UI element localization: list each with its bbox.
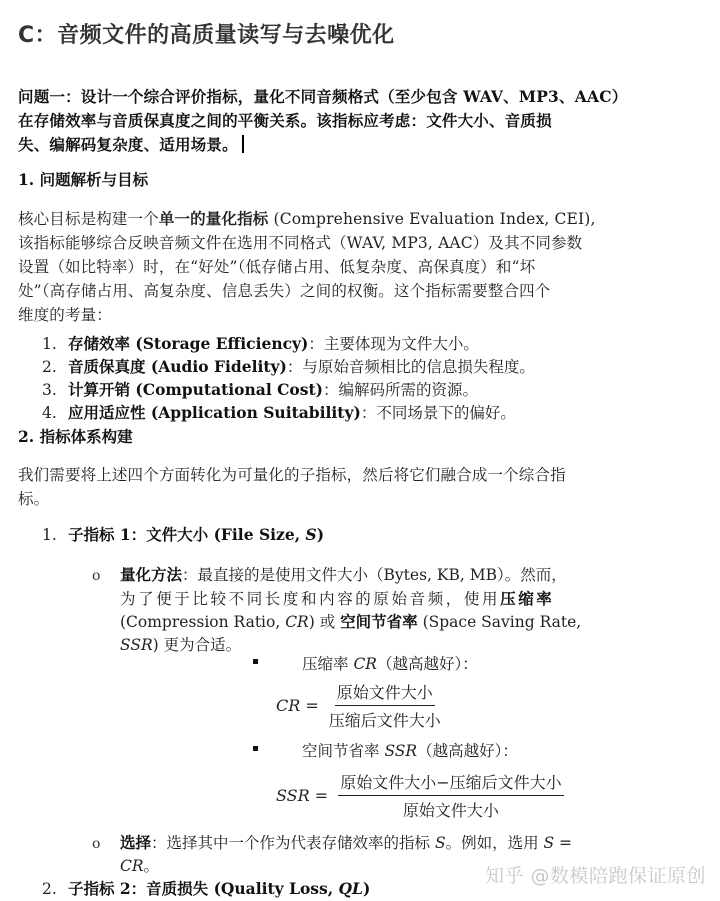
list-item-term: 计算开销 (Computational Cost): [68, 380, 323, 399]
sub-indicator-label: 子指标 2：音质损失 (Quality Loss,: [68, 879, 339, 898]
section-2-heading: 2. 指标体系构建: [18, 425, 133, 447]
method-label: 量化方法: [120, 565, 182, 584]
square-bullet-icon: [253, 659, 258, 664]
cr-label: 压缩率 CR（越高越好）：: [302, 652, 478, 674]
hollow-bullet-icon: o: [92, 836, 120, 852]
math-symbol: SSR: [120, 636, 153, 654]
page-title: C：音频文件的高质量读写与去噪优化: [18, 18, 395, 49]
para-text: (Comprehensive Evaluation Index, CEI),: [268, 210, 595, 228]
list-number: 2.: [42, 358, 68, 376]
list-number: 2.: [42, 880, 68, 898]
method-line-4: SSR) 更为合适。: [120, 633, 241, 655]
formula-denominator: 原始文件大小: [403, 796, 499, 821]
list-number: 1.: [42, 526, 68, 544]
list-number: 4.: [42, 404, 68, 422]
math-symbol: CR: [353, 655, 377, 673]
list-item-term: 存储效率 (Storage Efficiency): [68, 334, 308, 353]
question-line-1: 问题一：设计一个综合评价指标，量化不同音频格式（至少包含 WAV、MP3、AAC…: [18, 85, 627, 107]
hollow-bullet-icon: o: [92, 568, 120, 584]
method-line-2: 为了便于比较不同长度和内容的原始音频，使用压缩率: [120, 587, 554, 609]
list-item-text: ：不同场景下的偏好。: [361, 404, 516, 422]
formula-lhs: CR =: [276, 696, 319, 715]
choice-text: ：选择其中一个作为代表存储效率的指标: [151, 834, 435, 852]
choice-line-1: o选择：选择其中一个作为代表存储效率的指标 S。例如，选用 S =: [92, 831, 572, 853]
method-text: ：最直接的是使用文件大小（Bytes, KB, MB）。然而，: [182, 566, 567, 584]
math-symbol: CR: [285, 613, 309, 631]
sub-indicator-close: ): [363, 879, 370, 898]
formula-numerator: 原始文件大小−压缩后文件大小: [338, 770, 563, 796]
list-number: 3.: [42, 381, 68, 399]
section-1-para-line-2: 该指标能够综合反映音频文件在选用不同格式（WAV, MP3, AAC）及其不同参…: [18, 231, 582, 253]
choice-text: 。: [144, 857, 160, 875]
math-symbol: SSR: [384, 742, 417, 760]
formula-denominator: 压缩后文件大小: [329, 706, 441, 731]
list-item-term: 音质保真度 (Audio Fidelity): [68, 357, 287, 376]
list-item-text: ：编解码所需的资源。: [323, 381, 478, 399]
method-text: (Space Saving Rate,: [418, 613, 582, 631]
choice-label: 选择: [120, 833, 151, 852]
method-bold-term: 空间节省率: [340, 612, 418, 631]
formula-label: 空间节省率: [302, 742, 384, 760]
math-symbol: CR: [120, 857, 144, 875]
section-1-para-line-4: 处”（高存储占用、高复杂度、信息丢失）之间的权衡。这个指标需要整合四个: [18, 279, 550, 301]
math-symbol: QL: [339, 879, 363, 898]
sub-indicator-1-heading: 1.子指标 1：文件大小 (File Size, S): [42, 523, 324, 545]
method-bold-term: 压缩率: [500, 589, 554, 608]
question-line-2: 在存储效率与音质保真度之间的平衡关系。该指标应考虑：文件大小、音质损: [18, 109, 552, 131]
question-line-3: 失、编解码复杂度、适用场景。: [18, 133, 244, 155]
section-1-para-line-3: 设置（如比特率）时，在“好处”（低存储占用、低复杂度、高保真度）和“坏: [18, 255, 535, 277]
formula-label: （越高越好）：: [377, 655, 478, 673]
list-item: 4.应用适应性 (Application Suitability)：不同场景下的…: [42, 401, 516, 423]
formula-numerator: 原始文件大小: [335, 680, 435, 706]
list-item-text: ：主要体现为文件大小。: [308, 335, 479, 353]
ssr-formula: SSR = 原始文件大小−压缩后文件大小 原始文件大小: [276, 770, 564, 821]
list-item: 1.存储效率 (Storage Efficiency)：主要体现为文件大小。: [42, 332, 479, 354]
method-line-1: o量化方法：最直接的是使用文件大小（Bytes, KB, MB）。然而，: [92, 563, 567, 585]
list-item: 3.计算开销 (Computational Cost)：编解码所需的资源。: [42, 378, 478, 400]
method-text: ) 更为合适。: [153, 636, 241, 654]
cr-formula: CR = 原始文件大小 压缩后文件大小: [276, 680, 441, 731]
list-item-text: ：与原始音频相比的信息损失程度。: [287, 358, 535, 376]
method-text: (Compression Ratio,: [120, 613, 285, 631]
sub-indicator-label: 子指标 1：文件大小 (File Size,: [68, 525, 306, 544]
math-symbol: S: [306, 525, 317, 544]
sub-indicator-2-heading: 2.子指标 2：音质损失 (Quality Loss, QL): [42, 877, 370, 899]
section-1-para-line-5: 维度的考量：: [18, 303, 112, 325]
list-item-term: 应用适应性 (Application Suitability): [68, 403, 361, 422]
question-line-3-text: 失、编解码复杂度、适用场景。: [18, 135, 238, 154]
formula-label: 压缩率: [302, 655, 353, 673]
list-number: 1.: [42, 335, 68, 353]
section-2-para-line-1: 我们需要将上述四个方面转化为可量化的子指标，然后将它们融合成一个综合指: [18, 463, 566, 485]
formula-label: （越高越好）：: [417, 742, 518, 760]
text-cursor: [242, 135, 244, 153]
method-text: ) 或: [309, 613, 340, 631]
choice-text: 。例如，选用: [446, 834, 544, 852]
section-1-para-line-1: 核心目标是构建一个单一的量化指标 (Comprehensive Evaluati…: [18, 207, 596, 229]
choice-line-2: CR。: [120, 854, 159, 876]
section-2-para-line-2: 标。: [18, 487, 49, 509]
math-symbol: S =: [544, 834, 573, 852]
ssr-label: 空间节省率 SSR（越高越好）：: [302, 739, 518, 761]
formula-lhs: SSR =: [276, 786, 328, 805]
sub-indicator-close: ): [317, 525, 324, 544]
para-bold-term: 单一的量化指标: [159, 209, 269, 228]
para-text: 核心目标是构建一个: [18, 210, 159, 228]
list-item: 2.音质保真度 (Audio Fidelity)：与原始音频相比的信息损失程度。: [42, 355, 535, 377]
section-1-heading: 1. 问题解析与目标: [18, 168, 148, 190]
method-line-3: (Compression Ratio, CR) 或 空间节省率 (Space S…: [120, 610, 581, 632]
watermark: 知乎 @数模陪跑保证原创: [485, 861, 706, 888]
math-symbol: S: [435, 834, 446, 852]
square-bullet-icon: [253, 746, 258, 751]
method-text: 为了便于比较不同长度和内容的原始音频，使用: [120, 590, 500, 608]
